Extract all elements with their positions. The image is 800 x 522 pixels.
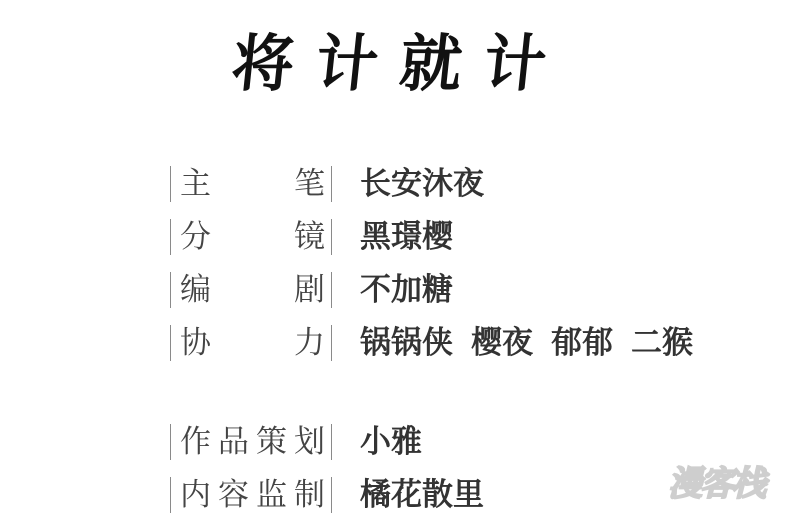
credit-row-planning: 作 品 策 划 小雅 bbox=[170, 418, 422, 466]
role-char: 分 bbox=[180, 213, 211, 261]
person-name: 郁郁 bbox=[551, 325, 613, 361]
person-name: 长安沐夜 bbox=[360, 166, 484, 202]
credit-row-screenwriter: 编 剧 不加糖 bbox=[170, 266, 453, 314]
credit-name: 橘花散里 bbox=[332, 471, 484, 519]
credit-name: 锅锅侠樱夜郁郁二猴 bbox=[332, 319, 693, 367]
role-label: 作 品 策 划 bbox=[171, 418, 331, 466]
role-char: 主 bbox=[180, 160, 211, 208]
role-char: 协 bbox=[180, 319, 211, 367]
role-label: 内 容 监 制 bbox=[171, 471, 331, 519]
role-char: 容 bbox=[218, 471, 249, 519]
role-label: 编 剧 bbox=[171, 266, 331, 314]
role-char: 力 bbox=[294, 319, 325, 367]
credit-row-storyboard: 分 镜 黑璟樱 bbox=[170, 213, 453, 261]
role-char: 编 bbox=[180, 266, 211, 314]
role-char: 策 bbox=[256, 418, 287, 466]
role-char: 内 bbox=[180, 471, 211, 519]
role-char: 剧 bbox=[294, 266, 325, 314]
role-char: 作 bbox=[180, 418, 211, 466]
person-name: 二猴 bbox=[631, 325, 693, 361]
credit-row-assistants: 协 力 锅锅侠樱夜郁郁二猴 bbox=[170, 319, 693, 367]
role-char: 镜 bbox=[294, 213, 325, 261]
watermark-logo: 漫客栈 bbox=[668, 462, 788, 506]
role-char: 监 bbox=[256, 471, 287, 519]
person-name: 小雅 bbox=[360, 424, 422, 460]
role-label: 分 镜 bbox=[171, 213, 331, 261]
credit-name: 不加糖 bbox=[332, 266, 453, 314]
role-char: 划 bbox=[294, 418, 325, 466]
person-name: 锅锅侠 bbox=[360, 325, 453, 361]
role-char: 制 bbox=[294, 471, 325, 519]
role-label: 主 笔 bbox=[171, 160, 331, 208]
person-name: 黑璟樱 bbox=[360, 219, 453, 255]
credit-name: 小雅 bbox=[332, 418, 422, 466]
credit-row-lead-artist: 主 笔 长安沐夜 bbox=[170, 160, 484, 208]
person-name: 橘花散里 bbox=[360, 477, 484, 513]
role-label: 协 力 bbox=[171, 319, 331, 367]
role-char: 品 bbox=[218, 418, 249, 466]
person-name: 不加糖 bbox=[360, 272, 453, 308]
role-char: 笔 bbox=[294, 160, 325, 208]
comic-title: 将计就计 bbox=[0, 24, 800, 104]
person-name: 樱夜 bbox=[471, 325, 533, 361]
credit-row-supervision: 内 容 监 制 橘花散里 bbox=[170, 471, 484, 519]
credit-name: 长安沐夜 bbox=[332, 160, 484, 208]
credit-name: 黑璟樱 bbox=[332, 213, 453, 261]
